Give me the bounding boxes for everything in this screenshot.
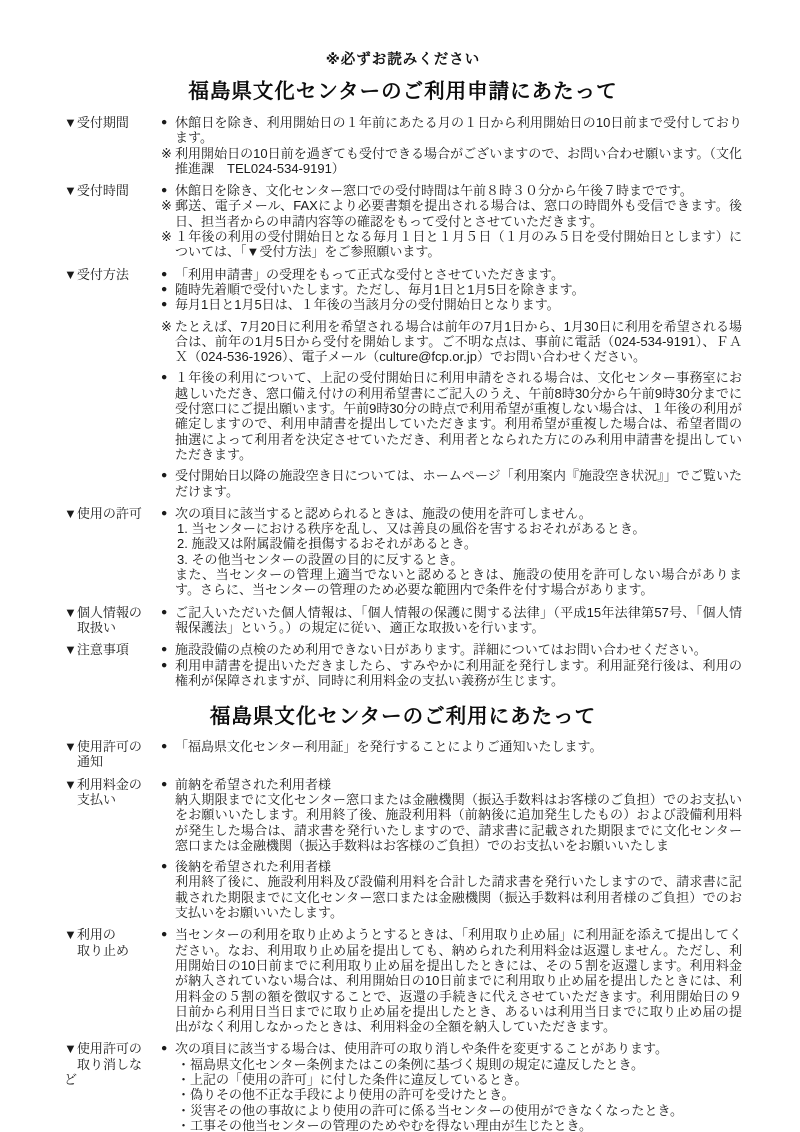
list-item: ・福島県文化センター条例またはこの条例に基づく規則の規定に違反したとき。 — [177, 1057, 742, 1072]
item-text: 休館日を除き、利用開始日の１年前にあたる月の１日から利用開始日の10日前まで受付… — [175, 115, 742, 146]
usage-sections: ▼使用許可の 通知●「福島県文化センター利用証」を発行することによりご通知いたし… — [64, 739, 742, 1132]
item-text: 3. その他当センターの設置の目的に反するとき。 — [177, 552, 742, 567]
note-icon: ※ — [161, 198, 175, 213]
bullet-icon: ● — [161, 605, 175, 620]
section: ▼注意事項●施設設備の点検のため利用できない日があります。詳細についてはお問い合… — [64, 642, 742, 688]
section-content: ●次の項目に該当すると認められるときは、施設の使用を許可しません。1. 当センタ… — [161, 506, 742, 598]
usage-title: 福島県文化センターのご利用にあたって — [64, 699, 742, 729]
list-item: ●「福島県文化センター利用証」を発行することによりご通知いたします。 — [161, 739, 742, 754]
list-item: 利用終了後に、施設利用料及び設備利用料を合計した請求書を発行いたしますので、請求… — [161, 874, 742, 920]
section-label: ▼使用許可の 通知 — [64, 739, 161, 770]
section-label: ▼使用の許可 — [64, 506, 161, 521]
section-label: ▼注意事項 — [64, 642, 161, 657]
section: ▼利用料金の 支払い●前納を希望された利用者様納入期限までに文化センター窓口また… — [64, 777, 742, 921]
section-label: ▼利用の 取り止め — [64, 927, 161, 958]
dot-icon: ・ — [177, 1087, 190, 1102]
item-text: 毎月1日と1月5日は、１年後の当該月分の受付開始日となります。 — [175, 297, 742, 312]
item-text: 利用開始日の10日前を過ぎても受付できる場合がございますので、お問い合わせ願いま… — [175, 146, 742, 177]
list-item: ●１年後の利用について、上記の受付開始日に利用申請をされる場合は、文化センター事… — [161, 370, 742, 462]
dot-icon: ・ — [177, 1057, 190, 1072]
item-text: 福島県文化センター条例またはこの条例に基づく規則の規定に違反したとき。 — [190, 1057, 742, 1072]
bullet-icon: ● — [161, 506, 175, 521]
item-text: 随時先着順で受付いたします。ただし、毎月1日と1月5日を除きます。 — [175, 282, 742, 297]
list-item: ●利用申請書を提出いただきましたら、すみやかに利用証を発行します。利用証発行後は… — [161, 658, 742, 689]
bullet-icon: ● — [161, 658, 175, 673]
dot-icon: ・ — [177, 1118, 190, 1132]
list-item: ●毎月1日と1月5日は、１年後の当該月分の受付開始日となります。 — [161, 297, 742, 312]
note-icon: ※ — [161, 229, 175, 244]
item-text: 次の項目に該当する場合は、使用許可の取り消しや条件を変更することがあります。 — [175, 1041, 742, 1056]
section-content: ●「福島県文化センター利用証」を発行することによりご通知いたします。 — [161, 739, 742, 754]
item-text: 上記の「使用の許可」に付した条件に違反しているとき。 — [190, 1072, 742, 1087]
list-item: ●施設設備の点検のため利用できない日があります。詳細についてはお問い合わせくださ… — [161, 642, 742, 657]
section: ▼受付方法●「利用申請書」の受理をもって正式な受付とさせていただきます。●随時先… — [64, 267, 742, 499]
bullet-icon: ● — [161, 297, 175, 312]
section: ▼受付時間●休館日を除き、文化センター窓口での受付時間は午前８時３０分から午後７… — [64, 183, 742, 259]
list-item: ●次の項目に該当すると認められるときは、施設の使用を許可しません。 — [161, 506, 742, 521]
section-content: ●次の項目に該当する場合は、使用許可の取り消しや条件を変更することがあります。・… — [161, 1041, 742, 1132]
bullet-icon: ● — [161, 267, 175, 282]
list-item: 納入期限までに文化センター窓口または金融機関（振込手数料はお客様のご負担）でのお… — [161, 792, 742, 853]
note-icon: ※ — [161, 319, 175, 334]
item-text: 後納を希望された利用者様 — [175, 859, 742, 874]
section-label: ▼個人情報の 取扱い — [64, 605, 161, 636]
bullet-icon: ● — [161, 468, 175, 483]
section-content: ●休館日を除き、利用開始日の１年前にあたる月の１日から利用開始日の10日前まで受… — [161, 115, 742, 176]
list-item: ※たとえば、7月20日に利用を希望される場合は前年の7月1日から、1月30日に利… — [161, 319, 742, 365]
item-text: １年後の利用について、上記の受付開始日に利用申請をされる場合は、文化センター事務… — [175, 370, 742, 462]
list-item: ●前納を希望された利用者様 — [161, 777, 742, 792]
list-item: ・偽りその他不正な手段により使用の許可を受けたとき。 — [177, 1087, 742, 1102]
list-item: ●受付開始日以降の施設空き日については、ホームページ「利用案内『施設空き状況』」… — [161, 468, 742, 499]
list-item: また、当センターの管理上適当でないと認めるときは、施設の使用を許可しない場合があ… — [161, 567, 742, 598]
list-item: ・工事その他当センターの管理のためやむを得ない理由が生じたとき。 — [177, 1118, 742, 1132]
bullet-icon: ● — [161, 777, 175, 792]
list-item: ※１年後の利用の受付開始日となる毎月１日と１月５日（１月のみ５日を受付開始日とし… — [161, 229, 742, 260]
application-title: 福島県文化センターのご利用申請にあたって — [64, 74, 742, 104]
item-text: 1. 当センターにおける秩序を乱し、又は善良の風俗を害するおそれがあるとき。 — [177, 521, 742, 536]
item-text: 次の項目に該当すると認められるときは、施設の使用を許可しません。 — [175, 506, 742, 521]
list-item: ・上記の「使用の許可」に付した条件に違反しているとき。 — [177, 1072, 742, 1087]
item-text: 施設設備の点検のため利用できない日があります。詳細についてはお問い合わせください… — [175, 642, 742, 657]
list-item: ●休館日を除き、利用開始日の１年前にあたる月の１日から利用開始日の10日前まで受… — [161, 115, 742, 146]
item-text: 利用終了後に、施設利用料及び設備利用料を合計した請求書を発行いたしますので、請求… — [175, 874, 742, 920]
bullet-icon: ● — [161, 859, 175, 874]
bullet-icon: ● — [161, 115, 175, 130]
item-text: 納入期限までに文化センター窓口または金融機関（振込手数料はお客様のご負担）でのお… — [175, 792, 742, 853]
item-text: 利用申請書を提出いただきましたら、すみやかに利用証を発行します。利用証発行後は、… — [175, 658, 742, 689]
note-icon: ※ — [161, 146, 175, 161]
bullet-icon: ● — [161, 642, 175, 657]
list-item: 2. 施設又は附属設備を損傷するおそれがあるとき。 — [177, 536, 742, 551]
item-text: 偽りその他不正な手段により使用の許可を受けたとき。 — [190, 1087, 742, 1102]
read-notice: ※必ずお読みください — [64, 48, 742, 69]
item-text: 休館日を除き、文化センター窓口での受付時間は午前８時３０分から午後７時までです。 — [175, 183, 742, 198]
item-text: 災害その他の事故により使用の許可に係る当センターの使用ができなくなったとき。 — [190, 1103, 742, 1118]
section: ▼使用許可の 通知●「福島県文化センター利用証」を発行することによりご通知いたし… — [64, 739, 742, 770]
bullet-icon: ● — [161, 1041, 175, 1056]
section-content: ●当センターの利用を取り止めようとするときは、「利用取り止め届」に利用証を添えて… — [161, 927, 742, 1034]
list-item: ●休館日を除き、文化センター窓口での受付時間は午前８時３０分から午後７時までです… — [161, 183, 742, 198]
application-sections: ▼受付期間●休館日を除き、利用開始日の１年前にあたる月の１日から利用開始日の10… — [64, 115, 742, 688]
item-text: 受付開始日以降の施設空き日については、ホームページ「利用案内『施設空き状況』」で… — [175, 468, 742, 499]
section-content: ●施設設備の点検のため利用できない日があります。詳細についてはお問い合わせくださ… — [161, 642, 742, 688]
item-text: １年後の利用の受付開始日となる毎月１日と１月５日（１月のみ５日を受付開始日としま… — [175, 229, 742, 260]
list-item: ●次の項目に該当する場合は、使用許可の取り消しや条件を変更することがあります。 — [161, 1041, 742, 1056]
section-label: ▼利用料金の 支払い — [64, 777, 161, 808]
list-item: ●ご記入いただいた個人情報は、「個人情報の保護に関する法律」（平成15年法律第5… — [161, 605, 742, 636]
item-text: たとえば、7月20日に利用を希望される場合は前年の7月1日から、1月30日に利用… — [175, 319, 742, 365]
section: ▼利用の 取り止め●当センターの利用を取り止めようとするときは、「利用取り止め届… — [64, 927, 742, 1034]
list-item: ※利用開始日の10日前を過ぎても受付できる場合がございますので、お問い合わせ願い… — [161, 146, 742, 177]
bullet-icon: ● — [161, 183, 175, 198]
list-item: ●後納を希望された利用者様 — [161, 859, 742, 874]
item-text: 「利用申請書」の受理をもって正式な受付とさせていただきます。 — [175, 267, 742, 282]
list-item: 1. 当センターにおける秩序を乱し、又は善良の風俗を害するおそれがあるとき。 — [177, 521, 742, 536]
item-text: 工事その他当センターの管理のためやむを得ない理由が生じたとき。 — [190, 1118, 742, 1132]
list-item: ●随時先着順で受付いたします。ただし、毎月1日と1月5日を除きます。 — [161, 282, 742, 297]
list-item: ※郵送、電子メール、FAXにより必要書類を提出される場合は、窓口の時間外も受信で… — [161, 198, 742, 229]
item-text: 前納を希望された利用者様 — [175, 777, 742, 792]
item-text: ご記入いただいた個人情報は、「個人情報の保護に関する法律」（平成15年法律第57… — [175, 605, 742, 636]
section-content: ●ご記入いただいた個人情報は、「個人情報の保護に関する法律」（平成15年法律第5… — [161, 605, 742, 636]
section-label: ▼使用許可の 取り消しな ど — [64, 1041, 161, 1087]
section-content: ●前納を希望された利用者様納入期限までに文化センター窓口または金融機関（振込手数… — [161, 777, 742, 921]
section-label: ▼受付期間 — [64, 115, 161, 130]
list-item: 3. その他当センターの設置の目的に反するとき。 — [177, 552, 742, 567]
document-page: ※必ずお読みください 福島県文化センターのご利用申請にあたって ▼受付期間●休館… — [0, 0, 800, 1132]
item-text: また、当センターの管理上適当でないと認めるときは、施設の使用を許可しない場合があ… — [175, 567, 742, 598]
bullet-icon: ● — [161, 282, 175, 297]
dot-icon: ・ — [177, 1072, 190, 1087]
section-content: ●休館日を除き、文化センター窓口での受付時間は午前８時３０分から午後７時までです… — [161, 183, 742, 259]
list-item: ●「利用申請書」の受理をもって正式な受付とさせていただきます。 — [161, 267, 742, 282]
list-item: ・災害その他の事故により使用の許可に係る当センターの使用ができなくなったとき。 — [177, 1103, 742, 1118]
item-text: 2. 施設又は附属設備を損傷するおそれがあるとき。 — [177, 536, 742, 551]
bullet-icon: ● — [161, 739, 175, 754]
section: ▼使用許可の 取り消しな ど●次の項目に該当する場合は、使用許可の取り消しや条件… — [64, 1041, 742, 1132]
section-label: ▼受付方法 — [64, 267, 161, 282]
section: ▼個人情報の 取扱い●ご記入いただいた個人情報は、「個人情報の保護に関する法律」… — [64, 605, 742, 636]
section: ▼受付期間●休館日を除き、利用開始日の１年前にあたる月の１日から利用開始日の10… — [64, 115, 742, 176]
dot-icon: ・ — [177, 1103, 190, 1118]
item-text: 郵送、電子メール、FAXにより必要書類を提出される場合は、窓口の時間外も受信でき… — [175, 198, 742, 229]
section-content: ●「利用申請書」の受理をもって正式な受付とさせていただきます。●随時先着順で受付… — [161, 267, 742, 499]
item-text: 「福島県文化センター利用証」を発行することによりご通知いたします。 — [175, 739, 742, 754]
section: ▼使用の許可●次の項目に該当すると認められるときは、施設の使用を許可しません。1… — [64, 506, 742, 598]
bullet-icon: ● — [161, 370, 175, 385]
item-text: 当センターの利用を取り止めようとするときは、「利用取り止め届」に利用証を添えて提… — [175, 927, 742, 1034]
list-item: ●当センターの利用を取り止めようとするときは、「利用取り止め届」に利用証を添えて… — [161, 927, 742, 1034]
section-label: ▼受付時間 — [64, 183, 161, 198]
bullet-icon: ● — [161, 927, 175, 942]
